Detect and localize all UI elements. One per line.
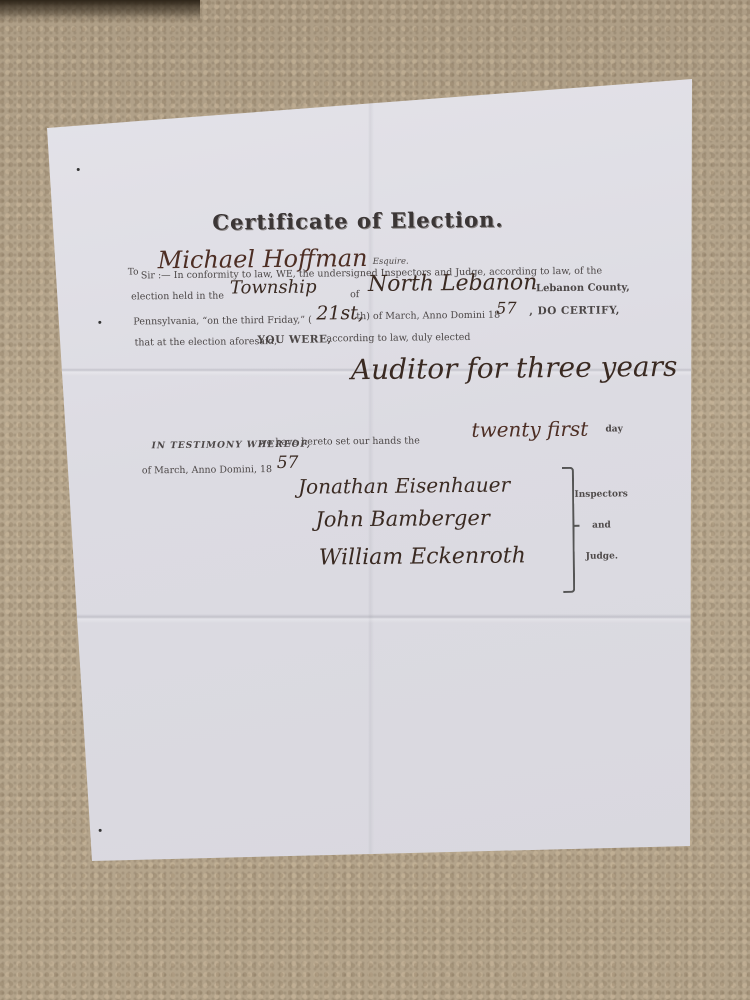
role-judge: Judge.: [574, 551, 630, 562]
signature-1: Jonathan Eisenhauer: [298, 473, 510, 499]
testimony-text: we have hereto set our hands the: [259, 435, 420, 448]
testimony-day-suffix: day: [605, 424, 622, 434]
body-line-2-of: of: [350, 289, 359, 300]
testimony-day: twenty first: [471, 417, 588, 442]
ink-speck: [77, 168, 80, 171]
district-name: North Lebanon: [368, 270, 538, 297]
testimony-line-2: of March, Anno Domini, 18: [142, 464, 272, 476]
ink-speck: [98, 321, 101, 324]
district-type: Township: [230, 277, 317, 299]
you-were: YOU WERE,: [257, 333, 331, 346]
do-certify: , DO CERTIFY,: [529, 304, 620, 317]
salutation-prefix: To: [128, 267, 139, 277]
body-line-4-prefix: that at the election aforesaid,: [134, 336, 277, 348]
certificate-content: Certificate of Election. To Michael Hoff…: [0, 0, 750, 1000]
body-line-3-prefix: Pennsylvania, “on the third Friday,” (: [133, 315, 312, 328]
body-line-4-suffix: according to law, duly elected: [326, 332, 470, 345]
signature-2: John Bamberger: [315, 506, 490, 532]
role-and: and: [573, 520, 629, 531]
ink-speck: [99, 829, 102, 832]
election-year: 57: [496, 298, 517, 317]
testimony-year: 57: [277, 453, 299, 473]
county-name: Lebanon County,: [536, 282, 630, 294]
recipient-suffix: Esquire.: [373, 257, 409, 267]
elected-office: Auditor for three years: [351, 350, 678, 386]
certificate-title: Certificate of Election.: [212, 206, 512, 234]
role-inspectors: Inspectors: [573, 489, 629, 500]
signature-3: William Eckenroth: [319, 543, 526, 570]
body-line-3-mid: th) of March, Anno Domini 18: [356, 310, 500, 323]
body-line-2-prefix: election held in the: [131, 291, 224, 303]
